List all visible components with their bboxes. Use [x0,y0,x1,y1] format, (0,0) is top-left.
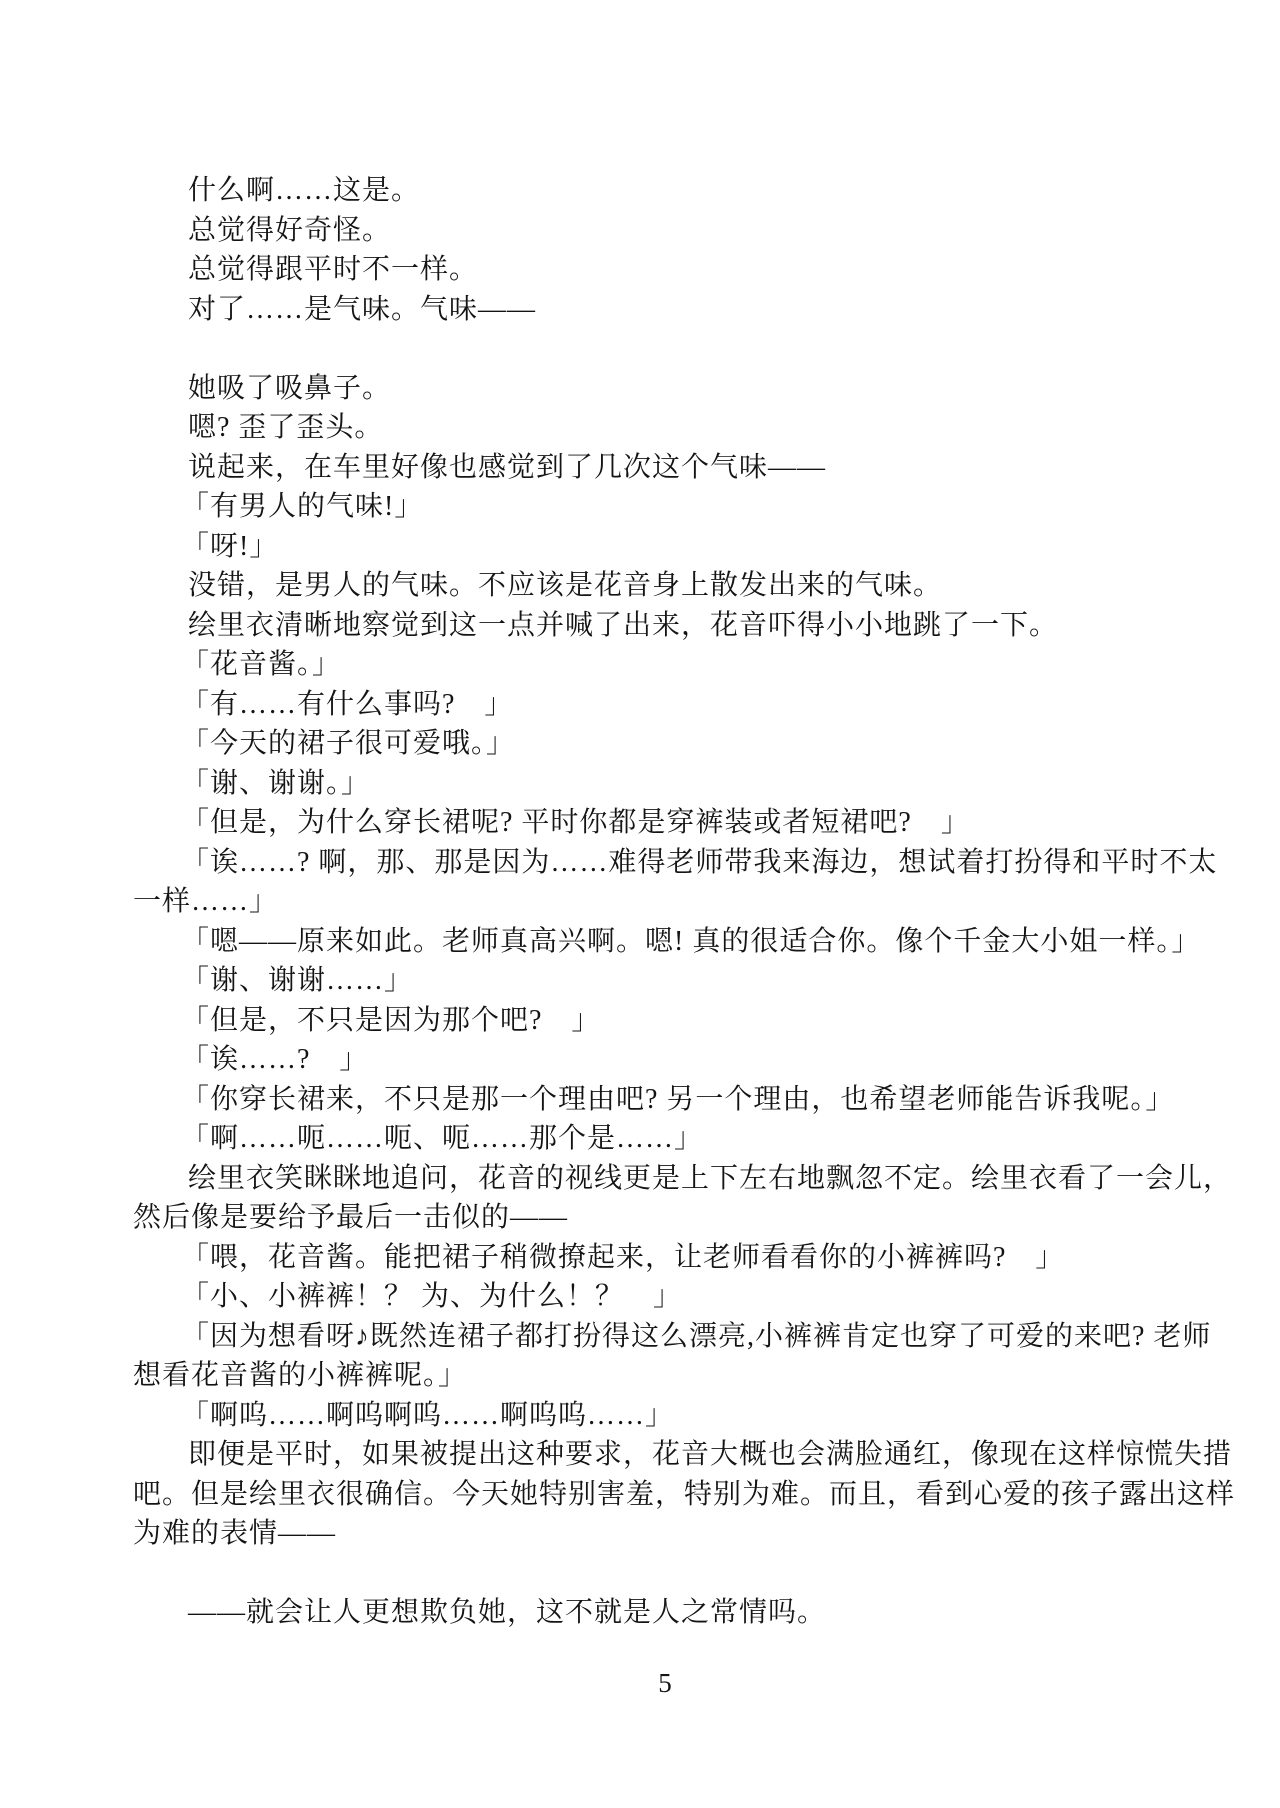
text-line: 「但是，为什么穿长裙呢? 平时你都是穿裤装或者短裙吧? 」 [133,803,1145,843]
text-line: 「啊……呃……呃、呃……那个是……」 [133,1119,1145,1159]
blank-line [133,1554,1145,1594]
text-line: 「呀!」 [133,527,1145,567]
text-line: ——就会让人更想欺负她，这不就是人之常情吗。 [133,1593,1145,1633]
text-line: 「谢、谢谢。」 [133,764,1145,804]
text-line: 吧。但是绘里衣很确信。今天她特别害羞，特别为难。而且，看到心爱的孩子露出这样 [133,1475,1145,1515]
text-line: 「诶……? 啊，那、那是因为……难得老师带我来海边，想试着打扮得和平时不太 [133,843,1145,883]
text-line: 「喂，花音酱。能把裙子稍微撩起来，让老师看看你的小裤裤吗? 」 [133,1238,1145,1278]
text-line: 对了……是气味。气味—— [133,290,1145,330]
text-line: 没错，是男人的气味。不应该是花音身上散发出来的气味。 [133,566,1145,606]
page-number: 5 [159,1664,1171,1704]
text-line: 她吸了吸鼻子。 [133,369,1145,409]
body-text: 什么啊……这是。总觉得好奇怪。总觉得跟平时不一样。对了……是气味。气味—— 她吸… [133,171,1145,1633]
text-line: 为难的表情—— [133,1514,1145,1554]
text-line: 「谢、谢谢……」 [133,961,1145,1001]
text-line: 「有男人的气味!」 [133,487,1145,527]
text-line: 绘里衣清晰地察觉到这一点并喊了出来，花音吓得小小地跳了一下。 [133,606,1145,646]
text-line: 「有……有什么事吗? 」 [133,685,1145,725]
text-line: 「你穿长裙来，不只是那一个理由吧? 另一个理由，也希望老师能告诉我呢。」 [133,1080,1145,1120]
text-line: 嗯? 歪了歪头。 [133,408,1145,448]
text-line: 然后像是要给予最后一击似的—— [133,1198,1145,1238]
text-line: 「因为想看呀♪既然连裙子都打扮得这么漂亮,小裤裤肯定也穿了可爱的来吧? 老师 [133,1317,1145,1357]
text-line: 即便是平时，如果被提出这种要求，花音大概也会满脸通红，像现在这样惊慌失措 [133,1435,1145,1475]
text-line: 「小、小裤裤！？ 为、为什么！？ 」 [133,1277,1145,1317]
text-line: 「诶……? 」 [133,1040,1145,1080]
text-line: 「今天的裙子很可爱哦。」 [133,724,1145,764]
text-line: 「嗯——原来如此。老师真高兴啊。嗯! 真的很适合你。像个千金大小姐一样。」 [133,922,1145,962]
text-line: 「但是，不只是因为那个吧? 」 [133,1001,1145,1041]
text-line: 什么啊……这是。 [133,171,1145,211]
text-line: 想看花音酱的小裤裤呢。」 [133,1356,1145,1396]
text-line: 一样……」 [133,882,1145,922]
text-line: 「啊呜……啊呜啊呜……啊呜呜……」 [133,1396,1145,1436]
text-line: 绘里衣笑眯眯地追问，花音的视线更是上下左右地飘忽不定。绘里衣看了一会儿， [133,1159,1145,1199]
text-line: 总觉得好奇怪。 [133,211,1145,251]
text-line: 总觉得跟平时不一样。 [133,250,1145,290]
text-line: 说起来，在车里好像也感觉到了几次这个气味—— [133,448,1145,488]
blank-line [133,329,1145,369]
text-line: 「花音酱。」 [133,645,1145,685]
novel-page: 什么啊……这是。总觉得好奇怪。总觉得跟平时不一样。对了……是气味。气味—— 她吸… [0,0,1280,1808]
